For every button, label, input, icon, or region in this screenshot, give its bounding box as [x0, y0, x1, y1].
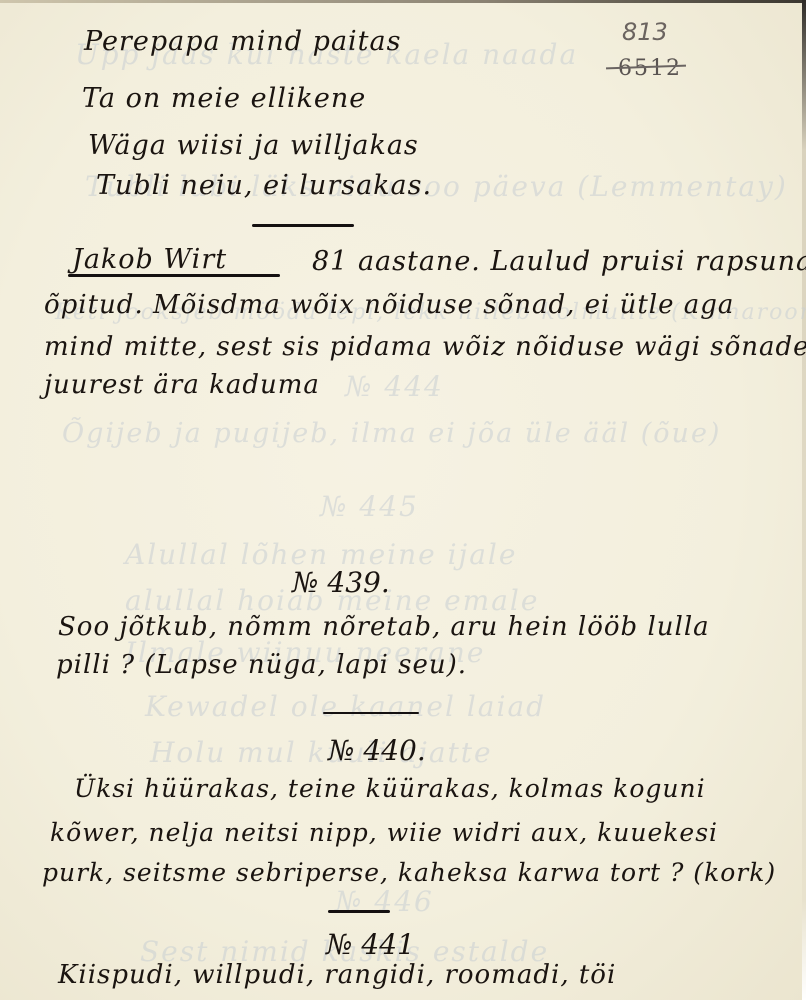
- verse-line: Perepapa mind paitas: [84, 26, 401, 57]
- informant-note-line: juurest ära kaduma: [44, 370, 320, 400]
- riddle-line: pilli ? (Lapse nüga, lapi seu).: [56, 650, 467, 680]
- informant-intro: 81 aastane. Laulud pruisi rapsuna: [312, 246, 806, 277]
- archive-page-number: 813: [622, 18, 668, 46]
- riddle-number: № 440.: [328, 734, 426, 767]
- riddle-line: Soo jõtkub, nõmm nõretab, aru hein lööb …: [58, 612, 710, 642]
- section-divider: [328, 910, 390, 913]
- bleed-through-text: № 446: [335, 885, 434, 918]
- name-underline: [68, 274, 280, 277]
- riddle-line: kõwer, nelja neitsi nipp, wiie widri aux…: [50, 818, 718, 847]
- bleed-through-text: Õgijeb ja pugijeb, ilma ei jõa üle ääl (…: [62, 418, 721, 449]
- verse-line: Tubli neiu, ei lursakas.: [96, 170, 432, 201]
- riddle-number: № 441: [326, 928, 415, 961]
- bleed-through-text: Holu mul kuuli ajatte: [150, 736, 493, 769]
- informant-note-line: mind mitte, sest sis pidama wõiz nõiduse…: [44, 332, 806, 362]
- section-divider: [252, 224, 354, 227]
- bleed-through-text: № 445: [320, 490, 419, 523]
- verse-line: Wäga wiisi ja willjakas: [88, 130, 419, 161]
- riddle-line: purk, seitsme sebriperse, kaheksa karwa …: [42, 858, 776, 887]
- riddle-line: Üksi hüürakas, teine küürakas, kolmas ko…: [74, 774, 706, 803]
- riddle-number: № 439.: [292, 566, 390, 599]
- informant-name: Jakob Wirt: [72, 244, 227, 275]
- page-edge-right: [802, 0, 806, 1000]
- riddle-line: Kiispudi, willpudi, rangidi, roomadi, tö…: [58, 960, 616, 990]
- manuscript-page: Upp jääs kui naste kaela naada Tubli lub…: [0, 0, 806, 1000]
- informant-note-line: õpitud. Mõisdma wõix nõiduse sõnad, ei ü…: [44, 290, 734, 320]
- page-edge-top: [0, 0, 806, 3]
- bleed-through-text: № 444: [345, 370, 444, 403]
- bleed-through-text: Kewadel ole kaanel laiad: [145, 690, 546, 723]
- section-divider: [323, 712, 419, 714]
- verse-line: Ta on meie ellikene: [82, 83, 366, 114]
